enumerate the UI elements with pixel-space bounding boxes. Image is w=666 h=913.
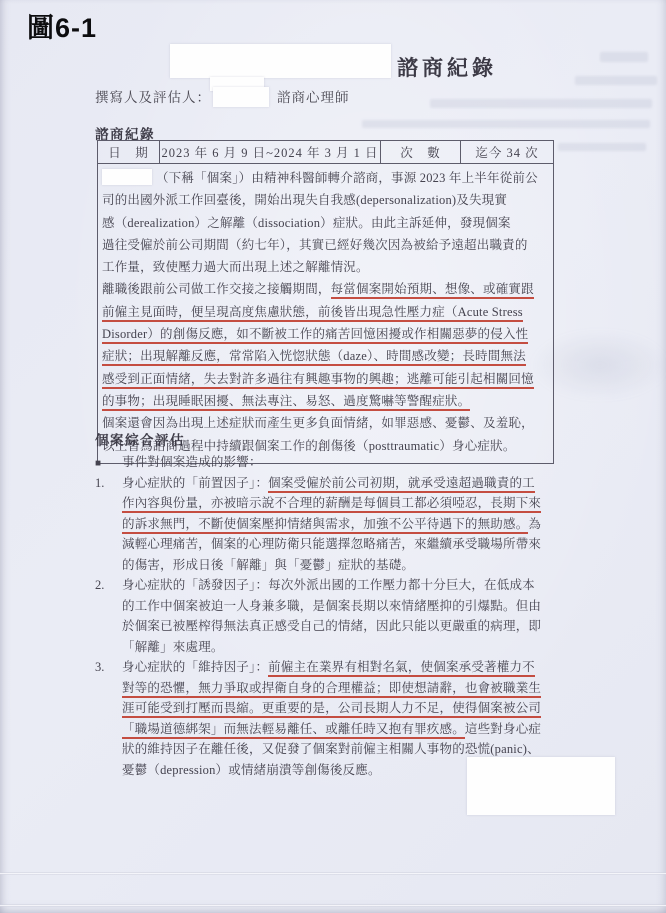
plain-text: 這些對身心症 (465, 722, 541, 736)
plain-text: 減輕心理痛苦，個案的心理防衛只能選擇忽略痛苦，來繼續承受職場所帶來 (122, 537, 541, 551)
date-value-cell: 2023 年 6 月 9 日~2024 年 3 月 1 日 (160, 141, 381, 164)
plain-text: 為 (528, 517, 541, 531)
plain-text: 過往受僱於前公司期間（約七年），其實已經好幾次因為被給予遠超出職責的 (102, 238, 528, 252)
record-body: （下稱「個案」）由精神科醫師轉介諮商，事源 2023 年上半年從前公司的出國外派… (98, 164, 554, 464)
text-line: 感受到正面情緒，失去對許多過往有興趣事物的興趣；逃離可能引起相關回憶 (102, 368, 549, 390)
red-underlined-text: 個案受僱於前公司初期，就承受遠超過職責的工 (268, 476, 535, 493)
plain-text: 工作量，致使壓力過大而出現上述之解離情況。 (102, 260, 369, 274)
red-underlined-text: 的訴求無門，不斷使個案壓抑情緒與需求，加強不公平待遇下的無助感。 (122, 517, 528, 534)
list-marker: 3. (95, 657, 122, 678)
text-line: 「解離」來處理。 (95, 637, 565, 658)
text-line: ■事件對個案造成的影響： (95, 452, 565, 473)
red-underlined-text: Disorder）的創傷反應，如不斷被工作的痛苦回憶困擾或作相關惡夢的侵入性 (102, 327, 528, 344)
plain-text: 身心症狀的「前置因子」： (122, 476, 268, 490)
paper-crease (0, 872, 666, 875)
figure-label: 圖6-1 (27, 6, 97, 45)
plain-text: 的傷害，形成日後「解離」與「憂鬱」症狀的基礎。 (122, 558, 414, 572)
plain-text: 離職後跟前公司做工作交接之接觸期間， (102, 282, 331, 296)
text-line: 3.身心症狀的「維持因子」：前僱主在業界有相對名氣，使個案承受著權力不 (95, 657, 565, 678)
text-line: 涯可能受到打壓而畏縮。更重要的是，公司長期人力不足，使得個案被公司 (95, 698, 565, 719)
red-underlined-text: 感受到正面情緒，失去對許多過往有興趣事物的興趣；逃離可能引起相關回憶 (102, 372, 534, 389)
red-underlined-text: 前僱主見面時，便呈現高度焦慮狀態，前後皆出現急性壓力症（Acute Stress (102, 305, 523, 322)
red-underlined-text: 對等的恐懼，無力爭取或捍衛自身的合理權益；即使想請辭，也會被職業生 (122, 681, 541, 698)
redaction-box-inline (102, 169, 152, 185)
date-label-cell: 日 期 (98, 141, 160, 164)
redaction-box-writer-name (213, 87, 269, 107)
assessment-section: 個案綜合評估 ■事件對個案造成的影響：1.身心症狀的「前置因子」：個案受僱於前公… (95, 430, 565, 780)
text-line: 感（derealization）之解離（dissociation）症狀。由此主訴… (102, 212, 549, 234)
text-line: 「職場道德綁架」而無法輕易離任、或離任時又抱有罪疚感。這些對身心症 (95, 719, 565, 740)
text-line: 的事物；出現睡眠困擾、無法專注、易怒、過度驚嚇等警醒症狀。 (102, 390, 549, 412)
red-underlined-text: 症狀；出現解離反應，常常陷入恍惚狀態（daze）、時間感改變；長時間無法 (102, 349, 526, 366)
plain-text: 司的出國外派工作回臺後，開始出現失自我感(depersonalization)及… (102, 193, 507, 207)
red-underlined-text: 前僱主在業界有相對名氣，使個案承受著權力不 (268, 660, 535, 677)
scanned-document-page: 圖6-1 諮商紀錄 撰寫人及評估人：諮商心理師 諮商紀錄 日 期 2023 年 … (0, 0, 666, 913)
text-line: 減輕心理痛苦，個案的心理防衛只能選擇忽略痛苦，來繼續承受職場所帶來 (95, 534, 565, 555)
text-line: 的工作中個案被迫一人身兼多職，是個案長期以來情緒壓抑的引爆點。但由 (95, 596, 565, 617)
text-line: Disorder）的創傷反應，如不斷被工作的痛苦回憶困擾或作相關惡夢的侵入性 (102, 323, 549, 345)
count-value-cell: 迄今 34 次 (461, 141, 554, 164)
count-label-cell: 次 數 (381, 141, 461, 164)
red-underlined-text: 作內容與份量，亦被暗示說不合理的薪酬是每個員工都必須啞忍，長期下來 (122, 496, 541, 513)
plain-text: 憂鬱（depression）或情緒崩潰等創傷後反應。 (122, 763, 381, 777)
table-header-row: 日 期 2023 年 6 月 9 日~2024 年 3 月 1 日 次 數 迄今… (98, 141, 554, 164)
plain-text: 於個案已被壓榨得無法真正感受自己的情緒，因此只能以更嚴重的病理，即 (122, 619, 541, 633)
red-underlined-text: 涯可能受到打壓而畏縮。更重要的是，公司長期人力不足，使得個案被公司 (122, 701, 541, 718)
list-marker: ■ (95, 454, 122, 475)
assessment-rows: ■事件對個案造成的影響：1.身心症狀的「前置因子」：個案受僱於前公司初期，就承受… (95, 452, 565, 780)
plain-text: 身心症狀的「維持因子」： (122, 660, 268, 674)
red-underlined-text: 「職場道德綁架」而無法輕易離任、或離任時又抱有罪疚感。 (122, 722, 465, 739)
text-line: 作內容與份量，亦被暗示說不合理的薪酬是每個員工都必須啞忍，長期下來 (95, 493, 565, 514)
table-body-row: （下稱「個案」）由精神科醫師轉介諮商，事源 2023 年上半年從前公司的出國外派… (98, 164, 554, 464)
text-line: 症狀；出現解離反應，常常陷入恍惚狀態（daze）、時間感改變；長時間無法 (102, 345, 549, 367)
plain-text: 事件對個案造成的影響： (122, 455, 262, 469)
bleedthrough-artifact (558, 143, 646, 151)
text-line: 於個案已被壓榨得無法真正感受自己的情緒，因此只能以更嚴重的病理，即 (95, 616, 565, 637)
plain-text: 個案還會因為出現上述症狀而產生更多負面情緒，如罪惡感、憂鬱、及羞恥， (102, 416, 534, 430)
text-line: 離職後跟前公司做工作交接之接觸期間，每當個案開始預期、想像、或確實跟 (102, 278, 549, 300)
list-marker: 2. (95, 575, 122, 596)
red-underlined-text: 每當個案開始預期、想像、或確實跟 (331, 282, 534, 299)
assessment-heading: 個案綜合評估 (95, 430, 565, 452)
paper-crease (0, 904, 666, 907)
plain-text: 身心症狀的「誘發因子」：每次外派出國的工作壓力都十分巨大，在低成本 (122, 578, 535, 592)
list-marker: 1. (95, 473, 122, 494)
text-line: 的傷害，形成日後「解離」與「憂鬱」症狀的基礎。 (95, 555, 565, 576)
redaction-box-bottom (467, 757, 615, 815)
redaction-box-header (170, 44, 391, 78)
writer-suffix: 諮商心理師 (277, 90, 350, 105)
text-line: 過往受僱於前公司期間（約七年），其實已經好幾次因為被給予遠超出職責的 (102, 234, 549, 256)
document-title: 諮商紀錄 (397, 52, 497, 82)
plain-text: 「解離」來處理。 (122, 640, 224, 654)
text-line: 工作量，致使壓力過大而出現上述之解離情況。 (102, 256, 549, 278)
bleedthrough-artifact (575, 76, 657, 85)
plain-text: 的工作中個案被迫一人身兼多職，是個案長期以來情緒壓抑的引爆點。但由 (122, 599, 541, 613)
bleedthrough-artifact (430, 99, 652, 108)
plain-text: 感（derealization）之解離（dissociation）症狀。由此主訴… (102, 216, 511, 230)
text-line: 1.身心症狀的「前置因子」：個案受僱於前公司初期，就承受遠超過職責的工 (95, 473, 565, 494)
text-line: 司的出國外派工作回臺後，開始出現失自我感(depersonalization)及… (102, 189, 549, 211)
counseling-record-table: 日 期 2023 年 6 月 9 日~2024 年 3 月 1 日 次 數 迄今… (97, 140, 554, 464)
text-line: 的訴求無門，不斷使個案壓抑情緒與需求，加強不公平待遇下的無助感。為 (95, 514, 565, 535)
bleedthrough-artifact (600, 52, 648, 62)
red-underlined-text: 的事物；出現睡眠困擾、無法專注、易怒、過度驚嚇等警醒症狀。 (102, 394, 470, 411)
writer-label: 撰寫人及評估人： (95, 90, 211, 105)
text-line: 2.身心症狀的「誘發因子」：每次外派出國的工作壓力都十分巨大，在低成本 (95, 575, 565, 596)
writer-line: 撰寫人及評估人：諮商心理師 (95, 86, 350, 107)
text-line: （下稱「個案」）由精神科醫師轉介諮商，事源 2023 年上半年從前公 (102, 167, 549, 189)
plain-text: 狀的維持因子在離任後，又促發了個案對前僱主相關人事物的恐慌(panic)、 (122, 742, 540, 756)
bleedthrough-artifact (362, 120, 650, 128)
plain-text: （下稱「個案」）由精神科醫師轉介諮商，事源 2023 年上半年從前公 (156, 171, 538, 185)
text-line: 前僱主見面時，便呈現高度焦慮狀態，前後皆出現急性壓力症（Acute Stress (102, 301, 549, 323)
text-line: 對等的恐懼，無力爭取或捍衛自身的合理權益；即使想請辭，也會被職業生 (95, 678, 565, 699)
